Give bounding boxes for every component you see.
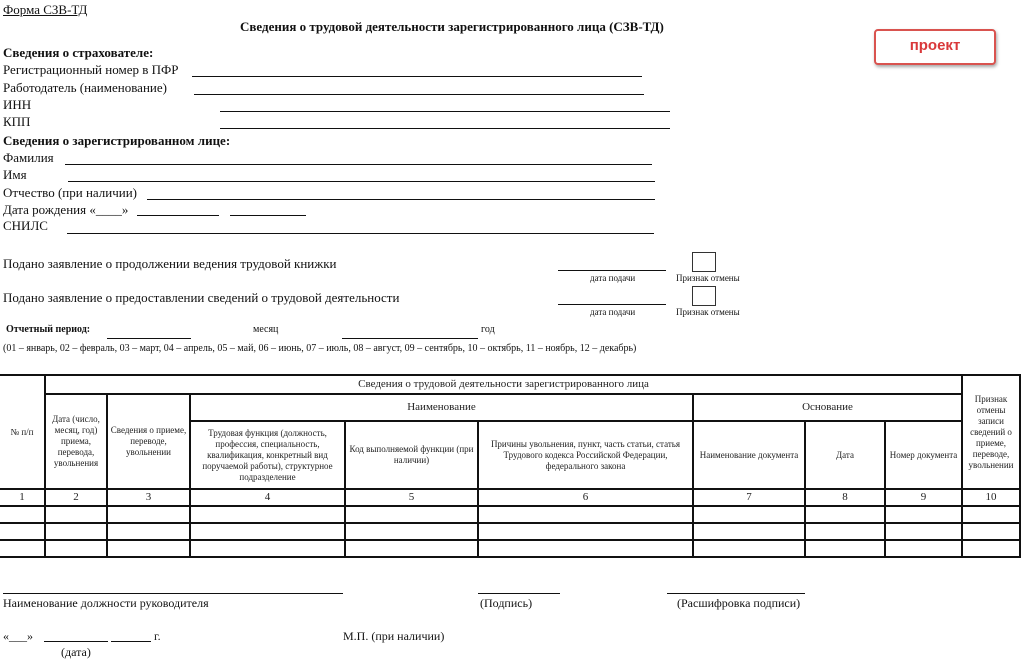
col-header-code: Код выполняемой функции (при наличии) (345, 421, 478, 489)
decoding-field[interactable] (667, 593, 805, 594)
form-label: Форма СЗВ-ТД (3, 2, 87, 18)
table-cell[interactable] (962, 540, 1020, 557)
period-month-field[interactable] (107, 338, 191, 339)
table-cell[interactable] (693, 506, 805, 523)
inn-field[interactable] (220, 111, 670, 112)
table-cell[interactable] (805, 540, 885, 557)
application-workbook-label: Подано заявление о продолжении ведения т… (3, 256, 337, 272)
table-cell[interactable] (962, 506, 1020, 523)
table-cell[interactable] (190, 540, 345, 557)
birthdate-label: Дата рождения «____» (3, 202, 128, 218)
employer-field[interactable] (194, 94, 644, 95)
birthdate-month-field[interactable] (137, 215, 219, 216)
table-cell[interactable] (885, 523, 962, 540)
person-heading: Сведения о зарегистрированном лице: (3, 133, 230, 149)
period-year-label: год (481, 324, 495, 335)
draft-stamp: проект (874, 29, 996, 65)
col-header-doc-name: Наименование документа (693, 421, 805, 489)
activity-table: № п/п Сведения о трудовой деятельности з… (0, 374, 1021, 558)
table-cell[interactable] (478, 523, 693, 540)
surname-label: Фамилия (3, 150, 54, 166)
birthdate-year-field[interactable] (230, 215, 306, 216)
table-cell[interactable] (190, 523, 345, 540)
table-cell[interactable] (693, 523, 805, 540)
sign-date-month-field[interactable] (44, 641, 108, 642)
col-header-num: № п/п (0, 375, 45, 489)
table-cell[interactable] (107, 506, 190, 523)
application-workbook-cancel-caption: Признак отмены (676, 273, 740, 283)
table-cell[interactable] (45, 540, 107, 557)
table-cell[interactable] (345, 540, 478, 557)
sign-date-caption: (дата) (61, 645, 91, 660)
signature-field[interactable] (478, 593, 560, 594)
table-cell[interactable] (962, 523, 1020, 540)
group-header: Сведения о трудовой деятельности зарегис… (45, 375, 962, 394)
period-year-field[interactable] (342, 338, 478, 339)
name-field[interactable] (68, 181, 655, 182)
table-cell[interactable] (345, 523, 478, 540)
table-cell[interactable] (478, 540, 693, 557)
period-month-label: месяц (253, 324, 278, 335)
signature-caption: (Подпись) (480, 596, 532, 611)
table-cell[interactable] (693, 540, 805, 557)
col-header-reasons: Причины увольнения, пункт, часть статьи,… (478, 421, 693, 489)
col-number: 10 (962, 489, 1020, 506)
application-info-cancel-caption: Признак отмены (676, 307, 740, 317)
table-cell[interactable] (805, 523, 885, 540)
table-row (0, 506, 1020, 523)
employer-label: Работодатель (наименование) (3, 80, 167, 96)
table-cell[interactable] (0, 506, 45, 523)
inn-label: ИНН (3, 97, 31, 113)
col-number: 1 (0, 489, 45, 506)
table-cell[interactable] (885, 506, 962, 523)
kpp-field[interactable] (220, 128, 670, 129)
reg-number-label: Регистрационный номер в ПФР (3, 62, 179, 78)
table-cell[interactable] (0, 523, 45, 540)
period-legend: (01 – январь, 02 – февраль, 03 – март, 0… (3, 343, 636, 354)
table-cell[interactable] (107, 523, 190, 540)
table-cell[interactable] (45, 506, 107, 523)
application-workbook-date-caption: дата подачи (590, 273, 635, 283)
table-row (0, 540, 1020, 557)
col-header-function: Трудовая функция (должность, профессия, … (190, 421, 345, 489)
stamp-place-caption: М.П. (при наличии) (343, 629, 444, 644)
table-cell[interactable] (885, 540, 962, 557)
application-workbook-date-field[interactable] (558, 270, 666, 271)
position-caption: Наименование должности руководителя (3, 596, 209, 611)
surname-field[interactable] (65, 164, 652, 165)
position-field[interactable] (3, 593, 343, 594)
table-cell[interactable] (107, 540, 190, 557)
col-header-cancel: Признак отмены записи сведений о приеме,… (962, 375, 1020, 489)
sign-date-day: «___» (3, 629, 33, 644)
table-cell[interactable] (805, 506, 885, 523)
col-number: 6 (478, 489, 693, 506)
table-cell[interactable] (190, 506, 345, 523)
col-number: 4 (190, 489, 345, 506)
snils-label: СНИЛС (3, 218, 48, 234)
table-cell[interactable] (478, 506, 693, 523)
col-number: 8 (805, 489, 885, 506)
col-header-doc-num: Номер документа (885, 421, 962, 489)
col-number: 7 (693, 489, 805, 506)
basis-header: Основание (693, 394, 962, 421)
patronymic-field[interactable] (147, 199, 655, 200)
reg-number-field[interactable] (192, 76, 642, 77)
sign-date-year-field[interactable] (111, 641, 151, 642)
kpp-label: КПП (3, 114, 30, 130)
table-cell[interactable] (45, 523, 107, 540)
col-header-date: Дата (число, месяц, год) приема, перевод… (45, 394, 107, 489)
application-info-cancel-checkbox[interactable] (692, 286, 716, 306)
col-number: 3 (107, 489, 190, 506)
application-info-date-field[interactable] (558, 304, 666, 305)
col-header-doc-date: Дата (805, 421, 885, 489)
col-number: 2 (45, 489, 107, 506)
table-row (0, 523, 1020, 540)
snils-field[interactable] (67, 233, 654, 234)
application-info-date-caption: дата подачи (590, 307, 635, 317)
application-info-label: Подано заявление о предоставлении сведен… (3, 290, 399, 306)
naming-header: Наименование (190, 394, 693, 421)
col-header-info: Сведения о приеме, переводе, увольнении (107, 394, 190, 489)
name-label: Имя (3, 167, 27, 183)
page-title: Сведения о трудовой деятельности зарегис… (240, 19, 664, 35)
col-number: 9 (885, 489, 962, 506)
decoding-caption: (Расшифровка подписи) (677, 596, 800, 611)
insurer-heading: Сведения о страхователе: (3, 45, 153, 61)
col-number: 5 (345, 489, 478, 506)
application-workbook-cancel-checkbox[interactable] (692, 252, 716, 272)
table-cell[interactable] (345, 506, 478, 523)
table-cell[interactable] (0, 540, 45, 557)
period-label: Отчетный период: (6, 324, 90, 335)
year-suffix: г. (154, 629, 161, 644)
patronymic-label: Отчество (при наличии) (3, 185, 137, 201)
